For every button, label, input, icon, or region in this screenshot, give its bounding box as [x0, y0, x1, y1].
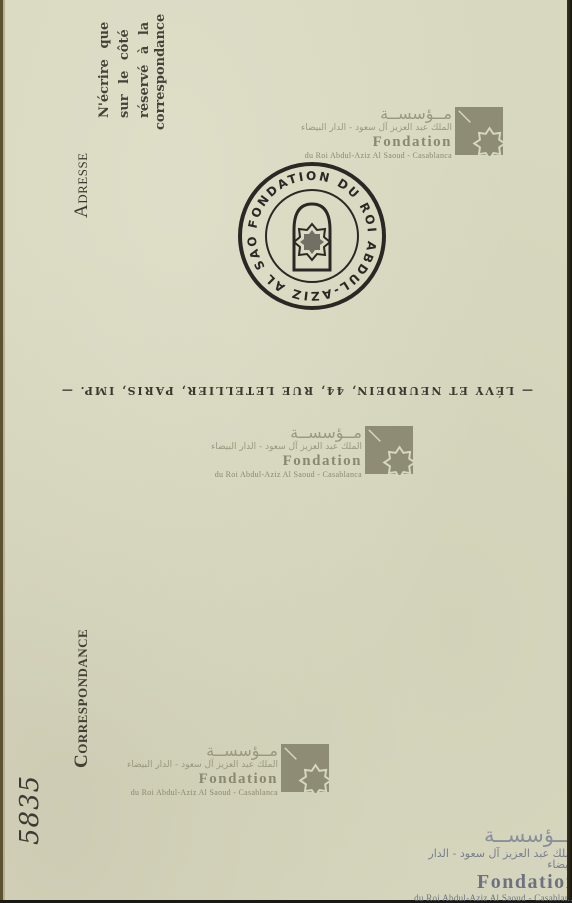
printer-imprint: — LÉVY ET NEURDEIN, 44, RUE LETELLIER, P… — [123, 384, 533, 397]
foundation-stamp: FONDATION DU ROI ABDUL-AZIZ AL SAOUD — [236, 160, 388, 312]
watermark-logo: مــؤسســة الملك عبد العزيز آل سعود - الد… — [127, 743, 329, 797]
instruction-line-4: correspondance — [153, 14, 168, 130]
watermark-arabic-subtitle: الملك عبد العزيز آل سعود - الدار البيضاء — [409, 848, 572, 870]
watermark-arabic-title: مــؤسســة — [409, 825, 572, 846]
postcard: Adresse N'écrire que sur le côté réservé… — [3, 0, 569, 900]
watermark-arabic-title: مــؤسســة — [211, 425, 362, 441]
watermark-arabic-subtitle: الملك عبد العزيز آل سعود - الدار البيضاء — [211, 443, 362, 452]
watermark-subtitle: du Roi Abdul-Aziz Al Saoud - Casablanca — [127, 789, 278, 797]
foundation-logo-icon — [455, 106, 503, 156]
watermark-name: Fondation — [301, 135, 452, 150]
watermark-logo: مــؤسســة الملك عبد العزيز آل سعود - الد… — [211, 425, 413, 479]
watermark-logo: مــؤسســة الملك عبد العزيز آل سعود - الد… — [301, 106, 503, 160]
watermark-arabic-title: مــؤسســة — [301, 106, 452, 122]
foundation-logo-icon — [365, 425, 413, 475]
watermark-arabic-title: مــؤسســة — [127, 743, 278, 759]
watermark-name: Fondation — [211, 454, 362, 469]
instruction-line-2: sur le côté — [117, 29, 132, 118]
watermark-name: Fondation — [127, 772, 278, 787]
watermark-name: Fondation — [409, 872, 572, 892]
watermark-subtitle: du Roi Abdul-Aziz Al Saoud - Casablanca — [301, 152, 452, 160]
foundation-logo-icon — [281, 743, 329, 793]
watermark-subtitle: du Roi Abdul-Aziz Al Saoud - Casablanca — [409, 894, 572, 900]
watermark-subtitle: du Roi Abdul-Aziz Al Saoud - Casablanca — [211, 471, 362, 479]
instruction-line-3: réservé à la — [137, 22, 152, 118]
watermark-arabic-subtitle: الملك عبد العزيز آل سعود - الدار البيضاء — [301, 124, 452, 133]
handwritten-number: 5835 — [15, 775, 45, 845]
instruction-line-1: N'écrire que — [97, 22, 112, 118]
watermark-logo-primary: مــؤسســة الملك عبد العزيز آل سعود - الد… — [409, 825, 572, 900]
watermark-arabic-subtitle: الملك عبد العزيز آل سعود - الدار البيضاء — [127, 761, 278, 770]
correspondence-label: Correspondance — [71, 629, 93, 768]
address-label: Adresse — [71, 152, 93, 218]
card-edge-right — [567, 0, 572, 900]
